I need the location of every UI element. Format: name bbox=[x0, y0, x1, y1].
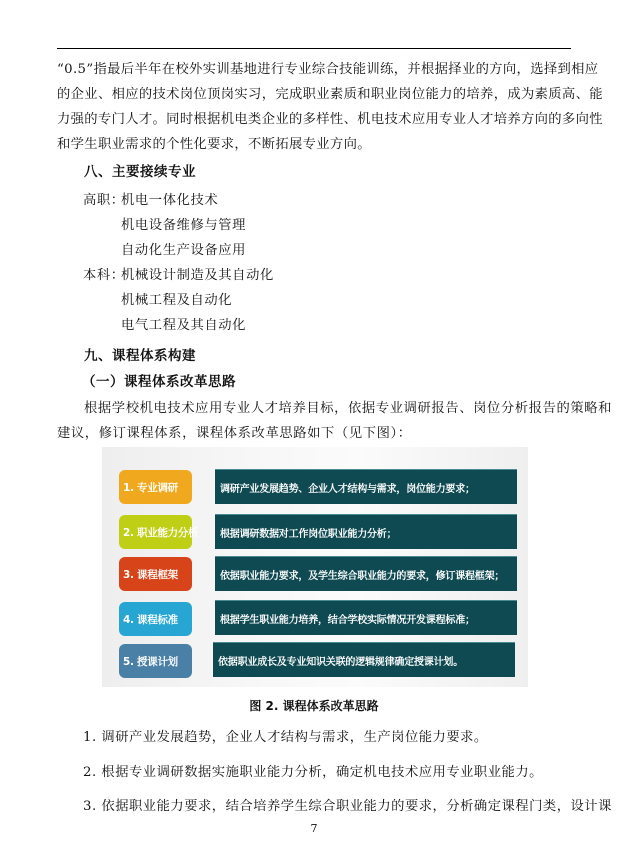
step-description: 根据学生职业能力培养，结合学校实际情况开发课程标准； bbox=[215, 600, 517, 635]
page-number: 7 bbox=[0, 822, 628, 835]
paragraph-line: “0.5”指最后半年在校外实训基地进行专业综合技能训练，并根据择业的方向，选择到… bbox=[57, 57, 571, 82]
numbered-item: 2. 根据专业调研数据实施职业能力分析，确定机电技术应用专业职业能力。 bbox=[83, 761, 543, 780]
paragraph-line: 的企业、相应的技术岗位顶岗实习，完成职业素质和职业岗位能力的培养，成为素质高、能 bbox=[57, 82, 571, 107]
list-item: 电气工程及其自动化 bbox=[121, 314, 246, 333]
numbered-item: 3. 依据职业能力要求，结合培养学生综合职业能力的要求，分析确定课程门类，设计课 bbox=[83, 795, 612, 814]
paragraph-line: 根据学校机电技术应用专业人才培养目标，依据专业调研报告、岗位分析报告的策略和 bbox=[84, 397, 612, 416]
step-description: 根据调研数据对工作岗位职业能力分析； bbox=[215, 514, 517, 549]
step-label: 3. 课程框架 bbox=[119, 557, 192, 591]
intro-paragraph: “0.5”指最后半年在校外实训基地进行专业综合技能训练，并根据择业的方向，选择到… bbox=[57, 57, 571, 157]
step-label: 1. 专业调研 bbox=[119, 470, 192, 504]
numbered-item: 1. 调研产业发展趋势，企业人才结构与需求，生产岗位能力要求。 bbox=[83, 726, 488, 745]
list-item: 机械设计制造及其自动化 bbox=[121, 264, 274, 283]
paragraph-line: 建议，修订课程体系，课程体系改革思路如下（见下图）： bbox=[57, 422, 412, 441]
group-prefix: 本科： bbox=[83, 264, 125, 283]
list-item: 自动化生产设备应用 bbox=[121, 239, 246, 258]
step-description: 调研产业发展趋势、企业人才结构与需求，岗位能力要求； bbox=[215, 469, 517, 504]
step-description: 依据职业能力要求，及学生综合职业能力的要求，修订课程框架； bbox=[215, 556, 517, 591]
section-heading: 八、主要接续专业 bbox=[84, 160, 196, 180]
step-description: 依据职业成长及专业知识关联的逻辑规律确定授课计划。 bbox=[213, 642, 515, 677]
figure-caption: 图 2. 课程体系改革思路 bbox=[0, 697, 628, 714]
list-item: 机械工程及自动化 bbox=[121, 289, 232, 308]
step-label: 4. 课程标准 bbox=[119, 602, 192, 636]
header-rule bbox=[57, 48, 571, 49]
subsection-heading: （一）课程体系改革思路 bbox=[82, 370, 236, 390]
paragraph-line: 力强的专门人才。同时根据机电类企业的多样性、机电技术应用专业人才培养方向的多向性 bbox=[57, 107, 571, 132]
group-prefix: 高职： bbox=[83, 189, 125, 208]
step-label: 5. 授课计划 bbox=[119, 644, 192, 678]
course-reform-diagram: 1. 专业调研 调研产业发展趋势、企业人才结构与需求，岗位能力要求； 2. 职业… bbox=[102, 447, 528, 687]
step-label: 2. 职业能力分析 bbox=[119, 515, 192, 549]
section-heading: 九、课程体系构建 bbox=[84, 344, 196, 364]
list-item: 机电设备维修与管理 bbox=[121, 214, 246, 233]
list-item: 机电一体化技术 bbox=[121, 189, 218, 208]
paragraph-line: 和学生职业需求的个性化要求，不断拓展专业方向。 bbox=[57, 132, 571, 157]
